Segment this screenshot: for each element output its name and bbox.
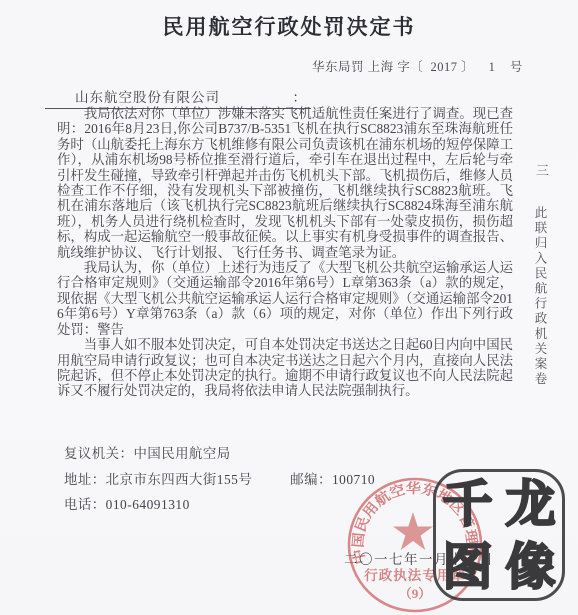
qianlong-image-watermark: 千 龙 图 像 bbox=[433, 469, 565, 601]
recipient-colon: ： bbox=[293, 86, 308, 106]
paragraph-appeal-rights: 当事人如不服本处罚决定，可自本处罚决定书送达之日起60日内向中国民用航空局申请行… bbox=[57, 337, 513, 399]
copy-number-label: 三 bbox=[536, 160, 549, 179]
seal-number: （9） bbox=[399, 586, 432, 601]
review-authority-block: 复议机关：中国民用航空局 地址：北京市东四西大街155号邮编：100710 电话… bbox=[64, 441, 375, 518]
document-body: 我局依法对你（单位）涉嫌未落实飞机适航性责任案进行了调查。现已查明：2016年8… bbox=[57, 106, 513, 399]
watermark-char-2: 龙 bbox=[506, 479, 556, 529]
scanned-penalty-document: { "document": { "title": "民用航空行政处罚决定书", … bbox=[0, 0, 578, 615]
watermark-char-3: 图 bbox=[443, 542, 493, 592]
document-title: 民用航空行政处罚决定书 bbox=[0, 11, 578, 41]
address-text: 地址：北京市东四西大街155号 bbox=[64, 472, 252, 487]
watermark-char-1: 千 bbox=[443, 479, 493, 529]
filing-note-vertical: 此联归入民航行政机关案卷 bbox=[531, 206, 549, 401]
document-number: 华东局罚 上海 字〔 2017 〕 1 号 bbox=[312, 57, 523, 75]
phone-line: 电话：010-64091310 bbox=[64, 492, 375, 518]
watermark-char-4: 像 bbox=[506, 542, 556, 592]
seal-star-icon bbox=[393, 512, 433, 550]
address-line: 地址：北京市东四西大街155号邮编：100710 bbox=[64, 467, 375, 493]
paragraph-findings: 我局依法对你（单位）涉嫌未落实飞机适航性责任案进行了调查。现已查明：2016年8… bbox=[57, 106, 513, 260]
paragraph-decision: 我局认为，你（单位）上述行为违反了《大型飞机公共航空运输承运人运行合格审定规则》… bbox=[57, 260, 513, 337]
review-authority-line: 复议机关：中国民用航空局 bbox=[64, 441, 375, 467]
recipient-name: 山东航空股份有限公司 bbox=[75, 86, 220, 106]
